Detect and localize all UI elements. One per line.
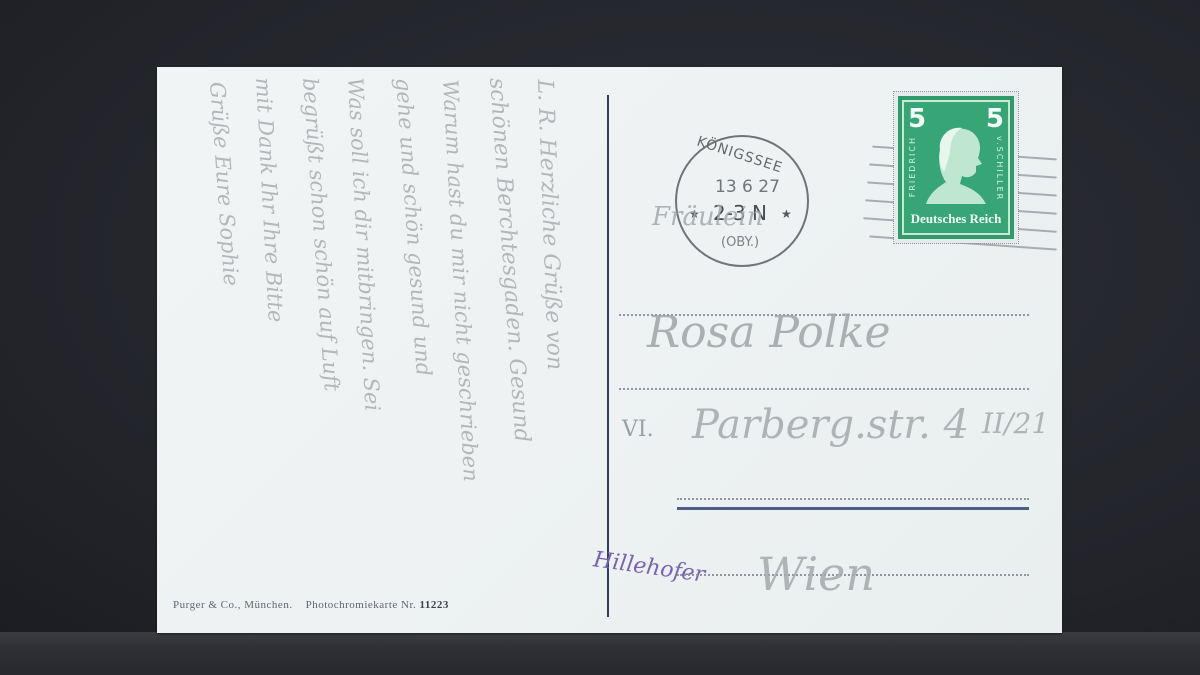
publisher-imprint: Purger & Co., München. Photochromiekarte…: [173, 599, 449, 611]
message-line: schönen Berchtesgaden. Gesund: [484, 77, 534, 443]
schiller-portrait-icon: [926, 120, 988, 204]
publisher-name: Purger & Co., München.: [173, 599, 293, 611]
stamp-side-text-right: v.SCHILLER: [995, 136, 1004, 201]
background-ledge: [0, 632, 1200, 675]
message-line: gehe und schön gesund und: [391, 77, 436, 377]
message-line: L. R. Herzliche Grüße von: [532, 79, 567, 371]
postmark-date: 13 6 27: [715, 177, 780, 197]
recipient-name: Rosa Polke: [647, 307, 891, 358]
message-line: mit Dank Ihr Ihre Bitte: [251, 77, 288, 323]
postmark-cancel: KÖNIGSSEE 13 6 27 ★ 2-3 N ★ (OBY.): [675, 135, 809, 267]
stamp-value-left: 5: [908, 104, 926, 134]
card-type: Photochromiekarte Nr.: [306, 599, 417, 611]
postmark-town: KÖNIGSSEE: [695, 134, 785, 177]
postage-stamp: 5 5 FRIEDRICH v.SCHILLER Deutsches Reich: [894, 92, 1018, 243]
recipient-apartment: II/21: [982, 407, 1049, 440]
address-underline: [677, 507, 1029, 510]
address-salutation: Fräulein: [652, 202, 763, 232]
center-divider-line: [607, 95, 609, 617]
message-line: Was soll ich dir mitbringen. Sei: [343, 77, 384, 412]
address-line-3: [677, 498, 1029, 500]
violet-signature: Hillehofer: [592, 547, 707, 587]
postcard-back: L. R. Herzliche Grüße von schönen Bercht…: [157, 67, 1062, 633]
street-prefix: VI.: [622, 417, 654, 442]
star-icon: ★: [781, 207, 792, 222]
postmark-region: (OBY.): [721, 235, 759, 250]
card-number: 11223: [420, 599, 449, 611]
recipient-city: Wien: [757, 547, 875, 601]
stamp-side-text-left: FRIEDRICH: [908, 136, 917, 197]
address-line-2: [619, 388, 1029, 390]
message-line: Grüße Eure Sophie: [205, 81, 243, 287]
stamp-value-right: 5: [986, 104, 1004, 134]
recipient-street: Parberg.str. 4: [692, 402, 969, 448]
message-line: begrüßt schon schön auf Luft: [298, 77, 344, 392]
stamp-country: Deutsches Reich: [904, 211, 1008, 227]
message-line: Warum hast du mir nicht geschrieben: [438, 79, 483, 482]
